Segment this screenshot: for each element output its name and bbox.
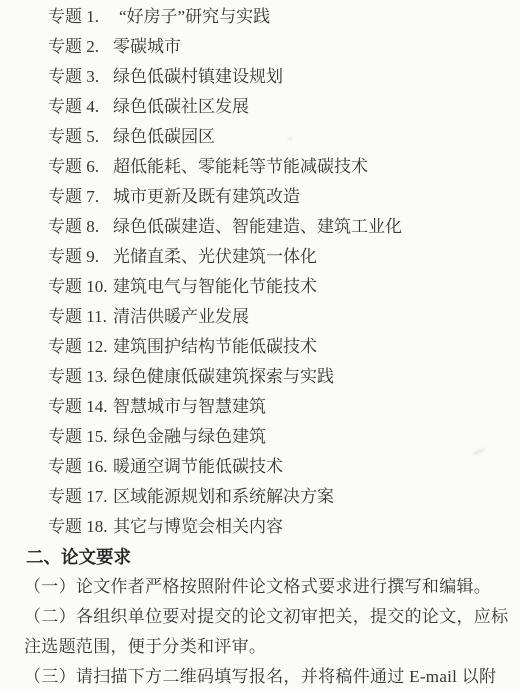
topic-item: 专题 5. 绿色低碳园区 [0, 122, 520, 152]
topic-text: 绿色低碳建造、智能建造、建筑工业化 [113, 212, 520, 242]
topic-label: 专题 2. [48, 32, 113, 62]
topic-text: 暖通空调节能低碳技术 [113, 452, 520, 482]
topic-text: 绿色健康低碳建筑探索与实践 [113, 362, 520, 392]
scan-artifact [288, 137, 292, 140]
topic-item: 专题 13. 绿色健康低碳建筑探索与实践 [0, 362, 520, 392]
topic-label: 专题 5. [48, 122, 113, 152]
topic-item: 专题 15. 绿色金融与绿色建筑 [0, 422, 520, 452]
topic-text: 超低能耗、零能耗等节能减碳技术 [113, 152, 520, 182]
topic-label: 专题 17. [48, 482, 113, 512]
topics-list: 专题 1. “好房子”研究与实践 专题 2. 零碳城市 专题 3. 绿色低碳村镇… [0, 2, 520, 542]
topic-label: 专题 9. [48, 242, 113, 272]
topic-label: 专题 15. [48, 422, 113, 452]
topic-label: 专题 8. [48, 212, 113, 242]
topic-item: 专题 16. 暖通空调节能低碳技术 [0, 452, 520, 482]
topic-item: 专题 4. 绿色低碳社区发展 [0, 92, 520, 122]
topic-label: 专题 4. [48, 92, 113, 122]
topic-label: 专题 16. [48, 452, 113, 482]
topic-item: 专题 6. 超低能耗、零能耗等节能减碳技术 [0, 152, 520, 182]
topic-item: 专题 7. 城市更新及既有建筑改造 [0, 182, 520, 212]
topic-text: 零碳城市 [113, 32, 520, 62]
paragraph-line: 注选题范围，便于分类和评审。 [0, 632, 520, 662]
topic-text: 智慧城市与智慧建筑 [113, 392, 520, 422]
topic-item: 专题 9. 光储直柔、光伏建筑一体化 [0, 242, 520, 272]
topic-label: 专题 6. [48, 152, 113, 182]
topic-text: 光储直柔、光伏建筑一体化 [113, 242, 520, 272]
topic-text: 城市更新及既有建筑改造 [113, 182, 520, 212]
paragraph-line: （三）请扫描下方二维码填写报名，并将稿件通过 E-mail 以附 [0, 662, 520, 691]
section-heading: 二、论文要求 [0, 542, 520, 572]
topic-item: 专题 17. 区域能源规划和系统解决方案 [0, 482, 520, 512]
topic-text: 绿色低碳社区发展 [113, 92, 520, 122]
topic-item: 专题 11. 清洁供暖产业发展 [0, 302, 520, 332]
topic-label: 专题 3. [48, 62, 113, 92]
topic-item: 专题 3. 绿色低碳村镇建设规划 [0, 62, 520, 92]
paragraph-line: （二）各组织单位要对提交的论文初审把关，提交的论文，应标 [0, 602, 520, 632]
topic-text: 建筑电气与智能化节能技术 [113, 272, 520, 302]
topic-item: 专题 12. 建筑围护结构节能低碳技术 [0, 332, 520, 362]
topic-text: 绿色低碳园区 [113, 122, 520, 152]
topic-text: 区域能源规划和系统解决方案 [113, 482, 520, 512]
topic-label: 专题 10. [48, 272, 113, 302]
topic-label: 专题 14. [48, 392, 113, 422]
topic-text: 清洁供暖产业发展 [113, 302, 520, 332]
topic-label: 专题 12. [48, 332, 113, 362]
topic-text: “好房子”研究与实践 [113, 2, 520, 32]
document-page: 专题 1. “好房子”研究与实践 专题 2. 零碳城市 专题 3. 绿色低碳村镇… [0, 0, 520, 691]
topic-text: 绿色金融与绿色建筑 [113, 422, 520, 452]
topic-label: 专题 18. [48, 512, 113, 542]
topic-label: 专题 13. [48, 362, 113, 392]
paragraph-line: （一）论文作者严格按照附件论文格式要求进行撰写和编辑。 [0, 572, 520, 602]
topic-item: 专题 8. 绿色低碳建造、智能建造、建筑工业化 [0, 212, 520, 242]
topic-item: 专题 14. 智慧城市与智慧建筑 [0, 392, 520, 422]
topic-label: 专题 1. [48, 2, 113, 32]
topic-label: 专题 7. [48, 182, 113, 212]
topic-text: 其它与博览会相关内容 [113, 512, 520, 542]
topic-item: 专题 10. 建筑电气与智能化节能技术 [0, 272, 520, 302]
topic-label: 专题 11. [48, 302, 113, 332]
topic-item: 专题 1. “好房子”研究与实践 [0, 2, 520, 32]
topic-item: 专题 2. 零碳城市 [0, 32, 520, 62]
topic-item: 专题 18. 其它与博览会相关内容 [0, 512, 520, 542]
topic-text: 绿色低碳村镇建设规划 [113, 62, 520, 92]
topic-text: 建筑围护结构节能低碳技术 [113, 332, 520, 362]
